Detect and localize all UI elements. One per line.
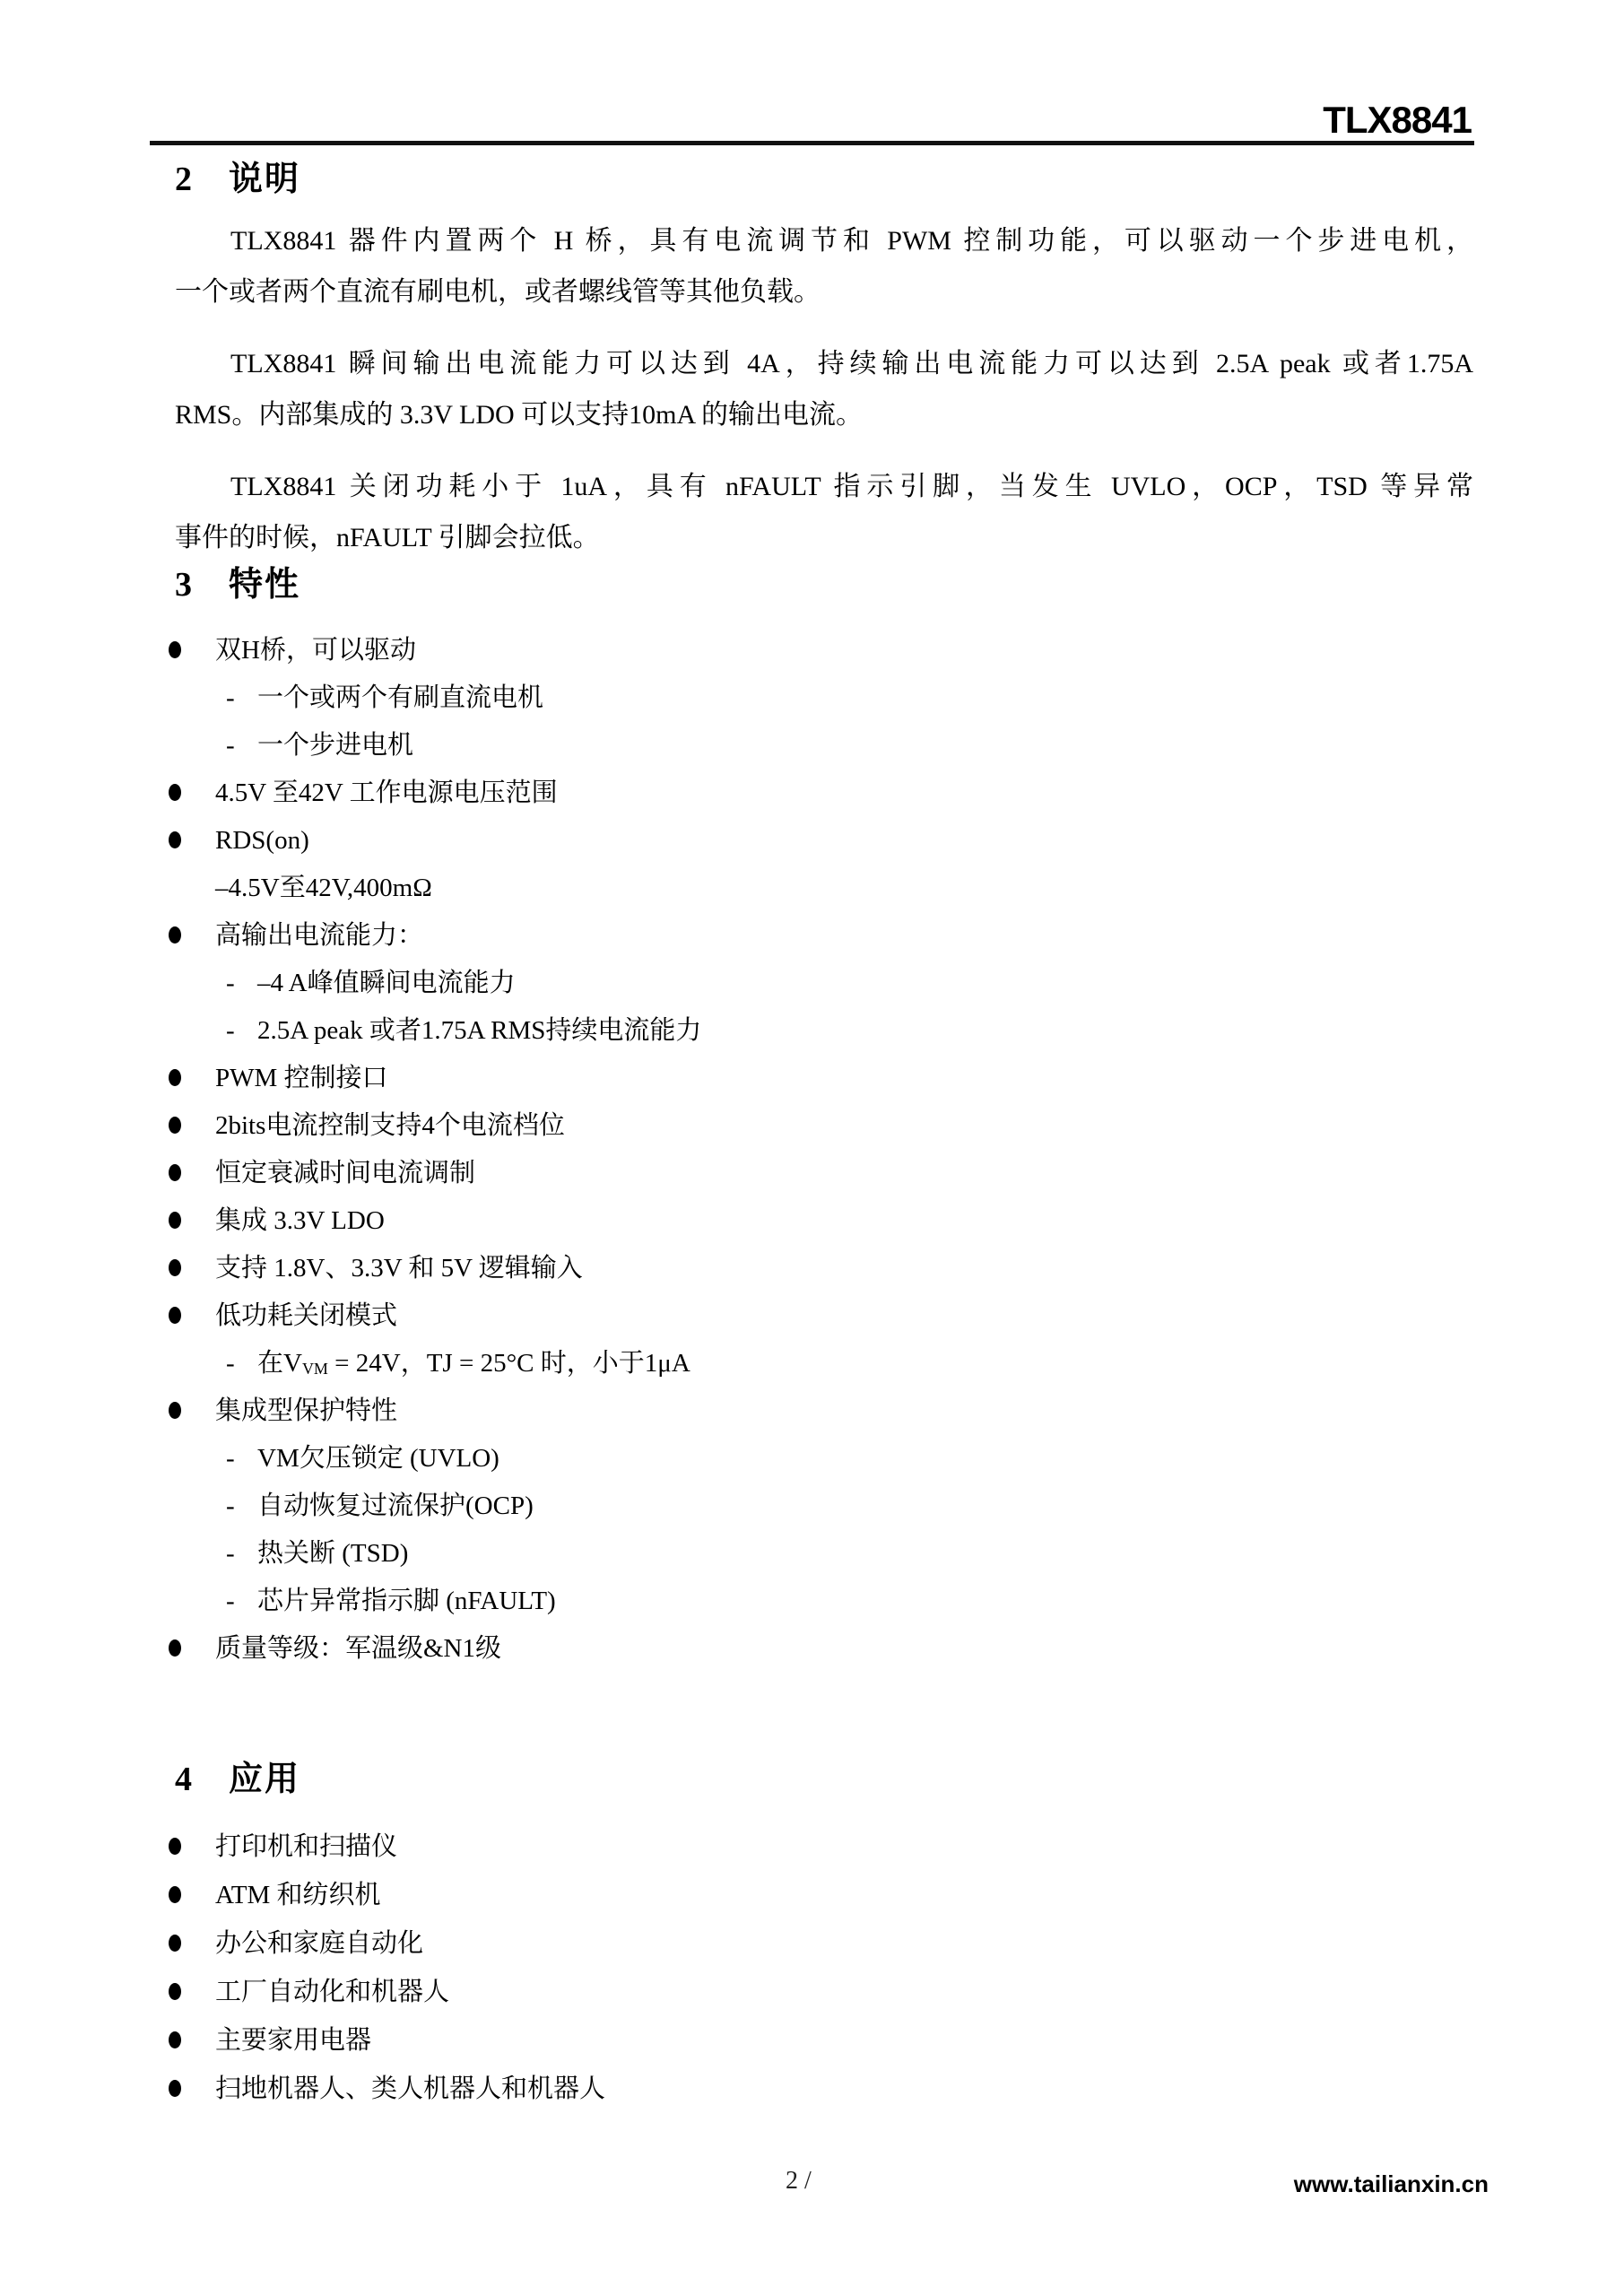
feature-item: 双H桥，可以驱动 — [165, 637, 1483, 664]
bullet-icon — [169, 1069, 181, 1086]
list-item-text: 2.5A peak 或者1.75A RMS持续电流能力 — [257, 1017, 701, 1044]
header-rule — [150, 141, 1474, 145]
paragraph: TLX8841 关闭功耗小于 1uA，具有 nFAULT 指示引脚，当发生 UV… — [175, 461, 1473, 563]
list-item-text: 一个步进电机 — [257, 732, 413, 759]
feature-item: 支持 1.8V、3.3V 和 5V 逻辑输入 — [165, 1255, 1483, 1282]
list-item-text: 热关断 (TSD) — [257, 1540, 408, 1567]
bullet-icon — [169, 2031, 181, 2048]
bullet-icon — [169, 641, 181, 658]
feature-item: 高输出电流能力： — [165, 922, 1483, 949]
feature-item: -2.5A peak 或者1.75A RMS持续电流能力 — [165, 1017, 1483, 1044]
list-item-text: 自动恢复过流保护(OCP) — [257, 1492, 534, 1519]
section-heading-features: 3特性 — [175, 565, 300, 604]
bullet-icon — [169, 1983, 181, 2000]
bullet-icon — [169, 1935, 181, 1952]
description-paragraphs: TLX8841 器件内置两个 H 桥，具有电流调节和 PWM 控制功能，可以驱动… — [175, 215, 1473, 584]
paragraph-line: RMS。内部集成的 3.3V LDO 可以支持10mA 的输出电流。 — [175, 389, 1473, 440]
bullet-icon — [169, 1307, 181, 1324]
feature-item: -芯片异常指示脚 (nFAULT) — [165, 1587, 1483, 1614]
heading-title: 说明 — [229, 160, 300, 199]
application-item: ATM 和纺织机 — [165, 1882, 1483, 1909]
list-item-text: PWM 控制接口 — [215, 1065, 388, 1091]
doc-title: TLX8841 — [1323, 99, 1472, 142]
list-item-text: –4 A峰值瞬间电流能力 — [257, 970, 516, 996]
dash-icon: - — [226, 1445, 235, 1472]
subscript-text: VM — [302, 1360, 328, 1378]
dash-icon: - — [226, 1492, 235, 1519]
list-item-text: 4.5V 至42V 工作电源电压范围 — [215, 779, 558, 806]
bullet-icon — [169, 1212, 181, 1229]
list-item-text: 芯片异常指示脚 (nFAULT) — [257, 1587, 556, 1614]
list-item-text: 一个或两个有刷直流电机 — [257, 684, 543, 711]
list-item-text: 办公和家庭自动化 — [215, 1930, 423, 1957]
bullet-icon — [169, 926, 181, 944]
text-segment: 在V — [257, 1349, 302, 1378]
list-item-text: VM欠压锁定 (UVLO) — [257, 1445, 499, 1472]
paragraph-line: 一个或者两个直流有刷电机，或者螺线管等其他负载。 — [175, 266, 1473, 317]
heading-number: 4 — [175, 1760, 192, 1799]
heading-number: 3 — [175, 565, 192, 604]
bullet-icon — [169, 1838, 181, 1855]
list-item-text: 扫地机器人、类人机器人和机器人 — [215, 2075, 605, 2102]
feature-item: RDS(on) — [165, 827, 1483, 854]
feature-item: 4.5V 至42V 工作电源电压范围 — [165, 779, 1483, 806]
feature-item: 集成 3.3V LDO — [165, 1207, 1483, 1234]
list-item-text: 工厂自动化和机器人 — [215, 1979, 449, 2005]
feature-item: PWM 控制接口 — [165, 1065, 1483, 1091]
list-item-text: 恒定衰减时间电流调制 — [215, 1160, 475, 1187]
paragraph: TLX8841 瞬间输出电流能力可以达到 4A，持续输出电流能力可以达到 2.5… — [175, 338, 1473, 440]
paragraph-line: TLX8841 关闭功耗小于 1uA，具有 nFAULT 指示引脚，当发生 UV… — [175, 461, 1473, 512]
list-item-text: 在VVM = 24V，TJ = 25°C 时，小于1μA — [257, 1350, 690, 1377]
heading-number: 2 — [175, 160, 192, 199]
dash-icon: - — [226, 1017, 235, 1044]
feature-item: -–4 A峰值瞬间电流能力 — [165, 970, 1483, 996]
feature-item: -VM欠压锁定 (UVLO) — [165, 1445, 1483, 1472]
paragraph: TLX8841 器件内置两个 H 桥，具有电流调节和 PWM 控制功能，可以驱动… — [175, 215, 1473, 317]
feature-item: 集成型保护特性 — [165, 1397, 1483, 1424]
application-item: 扫地机器人、类人机器人和机器人 — [165, 2075, 1483, 2102]
dash-icon: - — [226, 1350, 235, 1377]
feature-item: 低功耗关闭模式 — [165, 1302, 1483, 1329]
heading-title: 应用 — [229, 1760, 300, 1799]
paragraph-line: 事件的时候，nFAULT 引脚会拉低。 — [175, 512, 1473, 563]
feature-item: -热关断 (TSD) — [165, 1540, 1483, 1567]
list-item-text: 主要家用电器 — [215, 2027, 371, 2054]
feature-item: 恒定衰减时间电流调制 — [165, 1160, 1483, 1187]
application-item: 工厂自动化和机器人 — [165, 1979, 1483, 2005]
bullet-icon — [169, 1639, 181, 1657]
list-item-text: 低功耗关闭模式 — [215, 1302, 397, 1329]
feature-item: 质量等级：军温级&N1级 — [165, 1635, 1483, 1662]
text-segment: = 24V，TJ = 25°C 时，小于1μA — [328, 1349, 690, 1378]
dash-icon: - — [226, 732, 235, 759]
feature-item: -自动恢复过流保护(OCP) — [165, 1492, 1483, 1519]
list-item-text: –4.5V至42V,400mΩ — [215, 874, 432, 901]
features-list: 双H桥，可以驱动-一个或两个有刷直流电机-一个步进电机4.5V 至42V 工作电… — [165, 637, 1483, 1683]
bullet-icon — [169, 2080, 181, 2097]
list-item-text: 质量等级：军温级&N1级 — [215, 1635, 501, 1662]
bullet-icon — [169, 784, 181, 801]
bullet-icon — [169, 1164, 181, 1181]
bullet-icon — [169, 1402, 181, 1419]
dash-icon: - — [226, 1540, 235, 1567]
bullet-icon — [169, 1117, 181, 1134]
feature-item: -在VVM = 24V，TJ = 25°C 时，小于1μA — [165, 1350, 1483, 1377]
list-item-text: 2bits电流控制支持4个电流档位 — [215, 1112, 565, 1139]
application-item: 办公和家庭自动化 — [165, 1930, 1483, 1957]
feature-item: -一个或两个有刷直流电机 — [165, 684, 1483, 711]
section-heading-description: 2说明 — [175, 160, 300, 199]
bullet-icon — [169, 1259, 181, 1276]
applications-list: 打印机和扫描仪ATM 和纺织机办公和家庭自动化工厂自动化和机器人主要家用电器扫地… — [165, 1833, 1483, 2124]
website-text: www.tailianxin.cn — [1294, 2170, 1489, 2198]
list-item-text: RDS(on) — [215, 827, 309, 854]
list-item-text: 集成型保护特性 — [215, 1397, 397, 1424]
feature-item: 2bits电流控制支持4个电流档位 — [165, 1112, 1483, 1139]
page-number: 2 / — [786, 2167, 812, 2196]
paragraph-line: TLX8841 器件内置两个 H 桥，具有电流调节和 PWM 控制功能，可以驱动… — [175, 215, 1473, 266]
list-item-text: 支持 1.8V、3.3V 和 5V 逻辑输入 — [215, 1255, 583, 1282]
list-item-text: 高输出电流能力： — [215, 922, 423, 949]
application-item: 打印机和扫描仪 — [165, 1833, 1483, 1860]
application-item: 主要家用电器 — [165, 2027, 1483, 2054]
list-item-text: 打印机和扫描仪 — [215, 1833, 397, 1860]
feature-item: -一个步进电机 — [165, 732, 1483, 759]
section-heading-applications: 4应用 — [175, 1760, 300, 1799]
dash-icon: - — [226, 684, 235, 711]
bullet-icon — [169, 1886, 181, 1903]
datasheet-page: TLX8841 2说明 TLX8841 器件内置两个 H 桥，具有电流调节和 P… — [0, 0, 1624, 2296]
bullet-icon — [169, 831, 181, 848]
feature-item: –4.5V至42V,400mΩ — [165, 874, 1483, 901]
dash-icon: - — [226, 970, 235, 996]
dash-icon: - — [226, 1587, 235, 1614]
list-item-text: 集成 3.3V LDO — [215, 1207, 385, 1234]
list-item-text: ATM 和纺织机 — [215, 1882, 380, 1909]
list-item-text: 双H桥，可以驱动 — [215, 637, 416, 664]
paragraph-line: TLX8841 瞬间输出电流能力可以达到 4A，持续输出电流能力可以达到 2.5… — [175, 338, 1473, 389]
heading-title: 特性 — [229, 565, 300, 604]
